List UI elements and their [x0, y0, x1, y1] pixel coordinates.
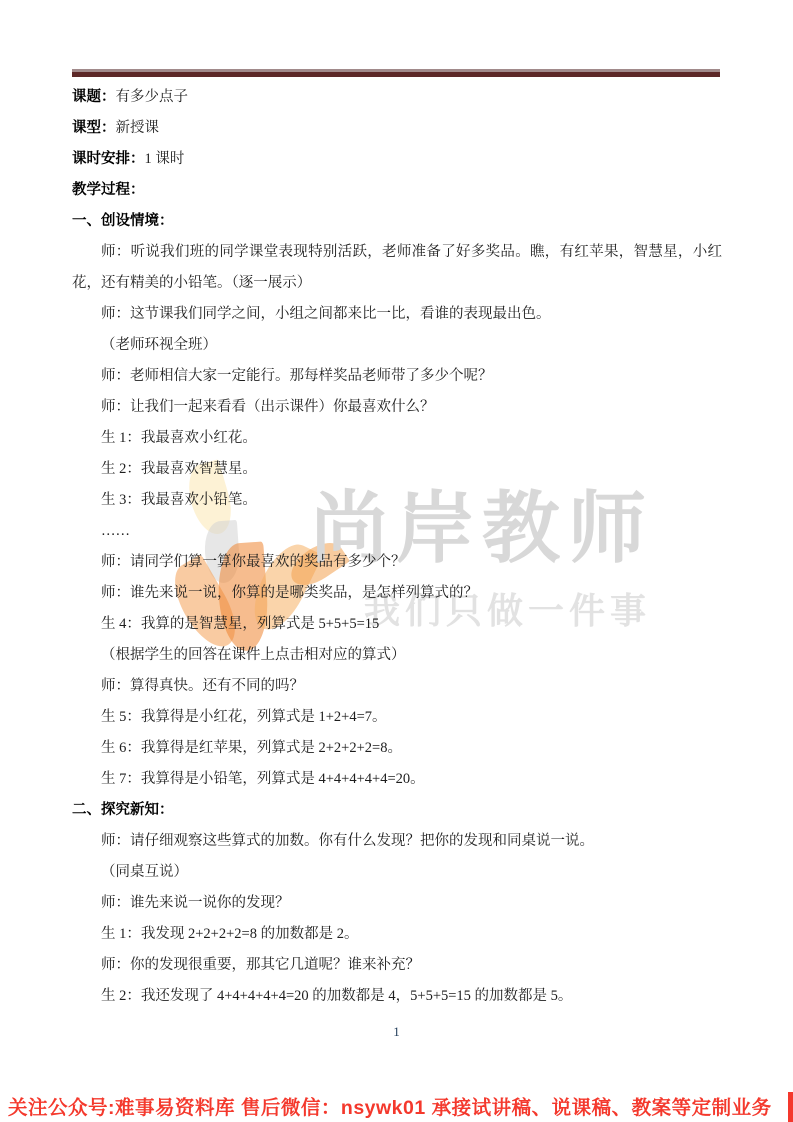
paragraph-line: 生 2：我最喜欢智慧星。	[72, 454, 722, 485]
paragraph-text: 师：请同学们算一算你最喜欢的奖品有多少个？	[101, 554, 406, 570]
paragraph-bold-prefix: 一、创设情境：	[72, 213, 174, 229]
paragraph-line: 师：谁先来说一说，你算的是哪类奖品，是怎样列算式的？	[72, 578, 722, 609]
paragraph-line: 师：让我们一起来看看（出示课件）你最喜欢什么？	[72, 392, 722, 423]
title-divider-rule-dark	[72, 72, 720, 77]
paragraph-text: 生 1：我发现 2+2+2+2=8 的加数都是 2。	[101, 926, 358, 942]
paragraph-bold-prefix: 课时安排：	[72, 151, 145, 167]
paragraph-text: 生 2：我还发现了 4+4+4+4+4=20 的加数都是 4，5+5+5=15 …	[101, 988, 572, 1004]
paragraph-line: ……	[72, 516, 722, 547]
paragraph-text: 生 3：我最喜欢小铅笔。	[101, 492, 257, 508]
paragraph-line: 课题：有多少点子	[72, 82, 722, 113]
paragraph-text: 生 2：我最喜欢智慧星。	[101, 461, 257, 477]
paragraph-bold-prefix: 教学过程：	[72, 182, 145, 198]
paragraph-text: （同桌互说）	[101, 864, 188, 880]
lesson-plan-body: 课题：有多少点子 课型：新授课 课时安排：1 课时 教学过程： 一、创设情境： …	[72, 82, 722, 1012]
paragraph-line: 师：请仔细观察这些算式的加数。你有什么发现？把你的发现和同桌说一说。	[72, 826, 722, 857]
paragraph-text: 师：这节课我们同学之间，小组之间都来比一比，看谁的表现最出色。	[101, 306, 551, 322]
paragraph-line: 师：听说我们班的同学课堂表现特别活跃，老师准备了好多奖品。瞧，有红苹果，智慧星，…	[72, 237, 722, 299]
promo-footer: 关注公众号:难事易资料库 售后微信：nsywk01 承接试讲稿、说课稿、教案等定…	[0, 1092, 793, 1120]
paragraph-text: （根据学生的回答在课件上点击相对应的算式）	[101, 647, 406, 663]
paragraph-line: 生 6：我算得是红苹果，列算式是 2+2+2+2=8。	[72, 733, 722, 764]
paragraph-line: 生 4：我算的是智慧星，列算式是 5+5+5=15	[72, 609, 722, 640]
paragraph-text: 师：老师相信大家一定能行。那每样奖品老师带了多少个呢？	[101, 368, 493, 384]
paragraph-line: 课型：新授课	[72, 113, 722, 144]
paragraph-line: 课时安排：1 课时	[72, 144, 722, 175]
paragraph-line: 二、探究新知：	[72, 795, 722, 826]
paragraph-text: 师：算得真快。还有不同的吗？	[101, 678, 304, 694]
paragraph-line: 生 7：我算得是小铅笔，列算式是 4+4+4+4+4=20。	[72, 764, 722, 795]
paragraph-line: 师：算得真快。还有不同的吗？	[72, 671, 722, 702]
paragraph-line: 师：请同学们算一算你最喜欢的奖品有多少个？	[72, 547, 722, 578]
paragraph-line: 教学过程：	[72, 175, 722, 206]
paragraph-line: 生 2：我还发现了 4+4+4+4+4=20 的加数都是 4，5+5+5=15 …	[72, 981, 722, 1012]
paragraph-line: 生 1：我最喜欢小红花。	[72, 423, 722, 454]
paragraph-line: （同桌互说）	[72, 857, 722, 888]
right-edge-marker	[788, 1092, 793, 1122]
paragraph-text: 有多少点子	[116, 89, 189, 105]
paragraph-line: 师：老师相信大家一定能行。那每样奖品老师带了多少个呢？	[72, 361, 722, 392]
paragraph-text: 生 5：我算得是小红花，列算式是 1+2+4=7。	[101, 709, 387, 725]
paragraph-text: 生 4：我算的是智慧星，列算式是 5+5+5=15	[101, 616, 379, 632]
paragraph-line: 生 5：我算得是小红花，列算式是 1+2+4=7。	[72, 702, 722, 733]
title-divider-rule	[72, 69, 720, 77]
paragraph-text: 生 1：我最喜欢小红花。	[101, 430, 257, 446]
paragraph-text: 师：听说我们班的同学课堂表现特别活跃，老师准备了好多奖品。瞧，有红苹果，智慧星，…	[72, 244, 722, 291]
paragraph-line: （根据学生的回答在课件上点击相对应的算式）	[72, 640, 722, 671]
paragraph-text: 生 7：我算得是小铅笔，列算式是 4+4+4+4+4=20。	[101, 771, 425, 787]
paragraph-line: 师：你的发现很重要，那其它几道呢？谁来补充？	[72, 950, 722, 981]
paragraph-text: 新授课	[116, 120, 160, 136]
document-page: 尚岸教师 我们只做一件事 课题：有多少点子 课型：新授课 课时安排：1 课时 教…	[0, 0, 793, 1122]
paragraph-line: 生 3：我最喜欢小铅笔。	[72, 485, 722, 516]
paragraph-line: （老师环视全班）	[72, 330, 722, 361]
paragraph-bold-prefix: 课型：	[72, 120, 116, 136]
paragraph-text: 师：你的发现很重要，那其它几道呢？谁来补充？	[101, 957, 420, 973]
paragraph-text: 师：让我们一起来看看（出示课件）你最喜欢什么？	[101, 399, 435, 415]
page-number: 1	[0, 1024, 793, 1040]
paragraph-text: （老师环视全班）	[101, 337, 217, 353]
paragraph-line: 生 1：我发现 2+2+2+2=8 的加数都是 2。	[72, 919, 722, 950]
paragraph-text: 师：请仔细观察这些算式的加数。你有什么发现？把你的发现和同桌说一说。	[101, 833, 594, 849]
paragraph-text: 师：谁先来说一说，你算的是哪类奖品，是怎样列算式的？	[101, 585, 478, 601]
paragraph-text: ……	[101, 523, 130, 539]
paragraph-bold-prefix: 课题：	[72, 89, 116, 105]
paragraph-text: 1 课时	[145, 151, 185, 167]
paragraph-text: 师：谁先来说一说你的发现？	[101, 895, 290, 911]
promo-footer-text: 关注公众号:难事易资料库 售后微信：nsywk01 承接试讲稿、说课稿、教案等定…	[0, 1092, 793, 1120]
paragraph-line: 一、创设情境：	[72, 206, 722, 237]
paragraph-line: 师：谁先来说一说你的发现？	[72, 888, 722, 919]
paragraph-line: 师：这节课我们同学之间，小组之间都来比一比，看谁的表现最出色。	[72, 299, 722, 330]
paragraph-bold-prefix: 二、探究新知：	[72, 802, 174, 818]
paragraph-text: 生 6：我算得是红苹果，列算式是 2+2+2+2=8。	[101, 740, 402, 756]
